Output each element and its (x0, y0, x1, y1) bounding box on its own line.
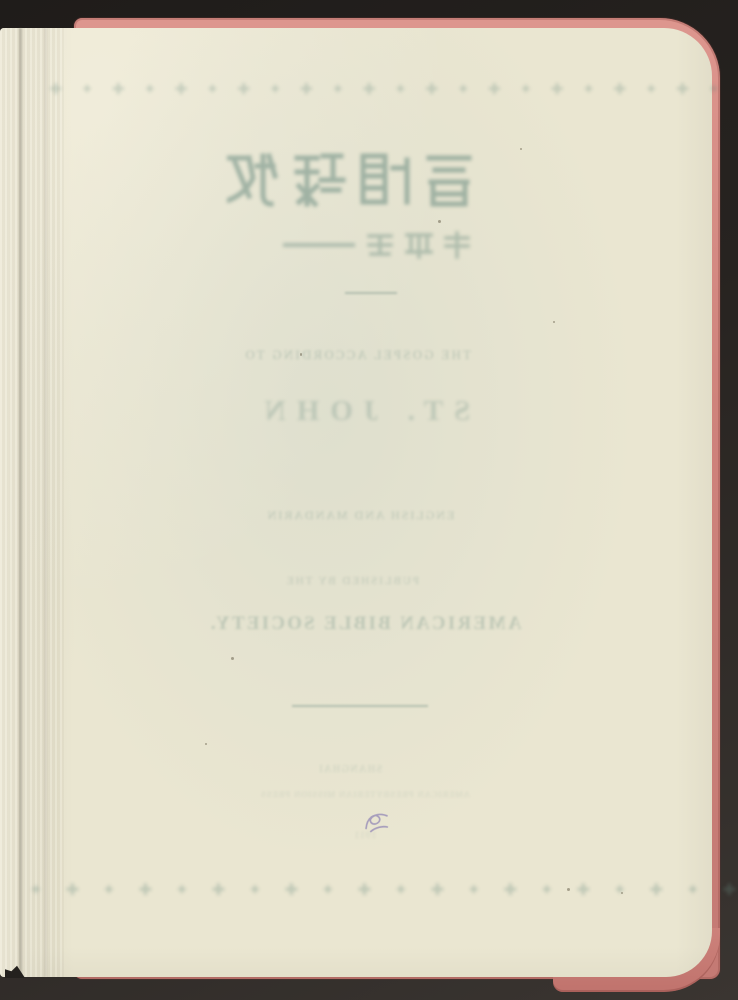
cjk-title-showthrough (227, 150, 475, 212)
foxing-speck (520, 148, 522, 150)
showthrough-press-line: AMERICAN PRESBYTERIAN MISSION PRESS (9, 789, 721, 799)
ornamental-border-bottom: ✚ ✦ ✚ ✦ ✚ ✦ ✚ ✦ ✚ ✦ ✚ ✦ ✚ ✦ ✚ ✦ ✚ ✦ ✚ ✦ … (24, 880, 736, 899)
showthrough-book-title: ST. JOHN (6, 395, 718, 428)
book-scan: ✚ ✦ ✚ ✦ ✚ ✦ ✚ ✦ ✚ ✦ ✚ ✦ ✚ ✦ ✚ ✦ ✚ ✦ ✚ ✦ … (0, 0, 738, 1000)
cjk-subtitle-showthrough (281, 230, 471, 260)
showthrough-rule-short (345, 292, 397, 294)
showthrough-gospel-line: THE GOSPEL ACCORDING TO (1, 348, 713, 363)
foxing-speck (300, 353, 302, 356)
showthrough-language-line: ENGLISH AND MANDARIN (4, 508, 716, 523)
foxing-speck (205, 743, 207, 745)
showthrough-society-line: AMERICAN BIBLE SOCIETY. (9, 614, 721, 635)
foxing-speck (621, 892, 623, 894)
foxing-speck (553, 321, 555, 323)
ornamental-border-top: ✚ ✦ ✚ ✦ ✚ ✦ ✚ ✦ ✚ ✦ ✚ ✦ ✚ ✦ ✚ ✦ ✚ ✦ ✚ ✦ … (41, 80, 738, 98)
book-page: ✚ ✦ ✚ ✦ ✚ ✦ ✚ ✦ ✚ ✦ ✚ ✦ ✚ ✦ ✚ ✦ ✚ ✦ ✚ ✦ … (0, 28, 712, 977)
showthrough-layer: ✚ ✦ ✚ ✦ ✚ ✦ ✚ ✦ ✚ ✦ ✚ ✦ ✚ ✦ ✚ ✦ ✚ ✦ ✚ ✦ … (0, 28, 712, 977)
showthrough-rule-long (292, 705, 428, 707)
scanned-book-photo: { "scan": { "colors": { "background": "#… (0, 0, 738, 1000)
foxing-speck (231, 657, 234, 660)
showthrough-published-line: PUBLISHED BY THE (0, 575, 708, 587)
showthrough-city-line: SHANGHAI (0, 764, 706, 775)
foxing-speck (438, 220, 441, 223)
foxing-speck (567, 888, 570, 891)
